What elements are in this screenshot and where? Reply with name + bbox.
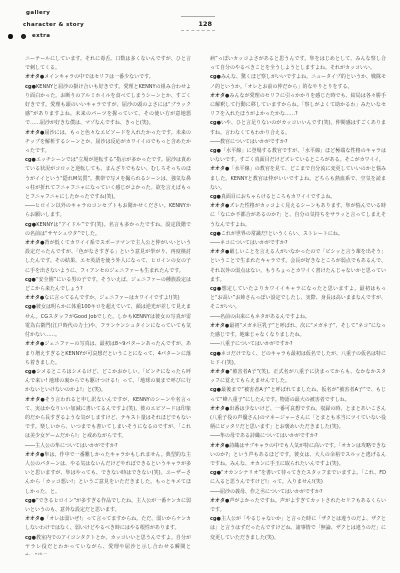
interviewer-question: ――名前の由来にもネタがあるんですよね。 [210,313,386,322]
interviewer-question: ――ネコについてはいかがですか? [210,239,386,248]
interview-paragraph: cg●最後まで“被害者A子”と呼ばれてましたね。仮名が“被害者A子”で、もじって… [210,386,386,404]
interview-paragraph: cg●“できるヒロイン”が多すぎる作品でしたね。主人公が一番ケンカに弱いというの… [25,497,191,515]
speaker-label: オオタ● [25,341,44,347]
interview-paragraph: cg●ネコだけでなく、どのキャラも最初は仮名でしたが、八重子の仮名は特にヒドイ(… [210,350,386,368]
interview-column-left: ニーテールにしています。それに毒舌。口数は多くないんですが、ひと言で刺してくる。… [25,55,191,555]
nav-row-extra: extra [0,32,190,44]
interviewer-question: ――八重子についてはいかがですか? [210,340,386,349]
interview-column-right: 病”っぽいカッコよさがあると思うんです。隼をはじめとして、みんな察し合って自分の… [210,55,386,547]
speaker-label: オオタ● [25,240,45,246]
interview-paragraph: cg●いや、ひと言足りないのがカッコいいんです(笑)。仲間感はすごくありますね。… [210,119,386,137]
interview-paragraph: ニーテールにしています。それに毒舌。口数は多くないんですが、ひと言で刺してくる。 [25,55,191,73]
speaker-label: オオタ● [210,443,229,449]
speaker-label: オオタ● [25,130,45,136]
speaker-label: cg● [210,194,221,200]
speaker-label: cg● [25,304,36,310]
speaker-label: ―― [210,314,220,320]
speaker-label: ―― [210,341,220,347]
speaker-label: オオタ● [25,397,45,403]
interview-paragraph: オオタ●詩織はサブキャラの中でも人気が特に高いです。「オカンは攻略できないのか?… [210,442,386,470]
speaker-label: cg● [210,351,221,357]
nav-label-gallery: gallery [26,10,50,16]
speaker-label: ―― [25,443,35,449]
speaker-label: オオタ● [210,406,229,412]
speaker-label: cg● [25,369,36,375]
interview-paragraph: cg●「水平線」に登場する教官ですが、「水平線」ほど極端な性格のキャラはいないで… [210,147,386,165]
interview-paragraph: オオタ●メインキャラの中ではセリフは一番少ないです。 [25,73,191,82]
scanned-interview-page: gallery character & story extra 128 ニーテー… [0,0,400,573]
interview-paragraph: オオタ●そう言われると申し訳ないんですが、KENNYのシーンや名言って、実はかな… [25,396,191,442]
speaker-label: cg● [25,222,36,228]
page-number: 128 [181,20,215,28]
speaker-label: オオタ● [210,166,229,172]
interview-paragraph: オオタ●なに言ってるんですか、ジェニファーはカワイイですよ!(笑) [25,294,191,303]
interview-paragraph: オオタ●“被害者A子”(笑)。正式名が八重子に決まってからも、なかなかスタッフに… [210,368,386,386]
speaker-label: cg● [210,387,221,393]
section-nav: gallery character & story extra [0,8,190,44]
nav-row-character-story: character & story [0,20,190,32]
interview-paragraph: オオタ●ジェニファーの写真は、最初は8~9パターンあったんですが、あまり増えすぎ… [25,340,191,368]
speaker-label: cg● [25,498,36,504]
interviewer-question: ――屈沙の義母、作之丞についてはいかがですか? [210,488,386,497]
interviewer-question: ――隼の母である詩織についてはいかがですか? [210,432,386,441]
speaker-label: cg● [25,535,36,541]
speaker-label: オオタ● [25,516,44,522]
interview-paragraph: オオタ●「オレは弱いぜ!」って言ってますからね。ただ、弱いからケンカしないわけで… [25,515,191,533]
interview-paragraph: オオタ●屈沙には、もっと色々なエピソードを入れたかったです。未来のチップを解析す… [25,129,191,157]
speaker-label: オオタ● [210,203,230,209]
interview-paragraph: オオタ●「水平線」の教官を見て、どこまで自分流に変更していいのかと悩みました。K… [210,165,386,193]
interviewer-question: ――教官についてはいかがですか? [210,138,386,147]
speaker-label: cg● [25,84,36,90]
interview-paragraph: オオタ●ズレた性格がカッコよく見えるシーンもあります。隼が悩んでいる時に「なにか… [210,202,386,230]
speaker-label: cg● [210,286,222,292]
speaker-label: オオタ● [210,369,230,375]
interviewer-question: ――ヒロイン以外のキャラのコンセプトもお聞かせください。KENNYからお願いしま… [25,202,191,220]
interview-paragraph: cg●“安全圏”にいる男の子です。そういえば、ジェニファーの種族設定はどこから来… [25,276,191,294]
interview-paragraph: 病”っぽいカッコよさがあると思うんです。隼をはじめとして、みんな察し合って自分の… [210,55,386,73]
interview-paragraph: cg●KENNYと屈沙の掛け合いも好きです。愛理とKENNYの組み合わせより面白… [25,83,191,129]
speaker-label: オオタ● [25,295,44,301]
speaker-label: cg● [210,231,221,237]
interview-paragraph: オオタ●背が低くてカワイイ系でスポーツマンで主人公と仲がいいという設定だったんで… [25,239,191,276]
interview-paragraph: オオタ●声がよかったですね。声がよすぎてカットされたセリフもあるくらいです。 [210,497,386,515]
speaker-label: オオタ● [210,323,229,329]
speaker-label: ―― [210,489,220,495]
nav-label-extra: extra [32,33,50,39]
interview-paragraph: cg●教室内でのアイコンタクトとか、カッコいいと思うんですよ。自分がヤラレ役だと… [25,534,191,555]
speaker-label: cg● [210,74,221,80]
page-number-rule-bottom [181,30,215,31]
speaker-label: cg● [25,277,36,283]
speaker-label: cg● [210,148,221,154]
interview-paragraph: cg●彼女は明らかに体重100キロを超えていて、顔は逆光が差して見えません。CG… [25,303,191,340]
speaker-label: ―― [25,203,35,209]
speaker-label: ―― [210,240,220,246]
section-bullet-icon [8,34,13,39]
speaker-label: ―― [210,139,220,145]
interviewer-question: ――主人公の隼についてはいかがですか? [25,442,191,451]
speaker-label: cg● [210,470,221,476]
speaker-label: オオタ● [25,74,44,80]
interview-paragraph: cg●シメるところはシメるけど、どこかおかしい。「ピンチになったら呼んで来い! … [25,368,191,396]
speaker-label: オオタ● [210,93,229,99]
speaker-label: オオタ● [210,249,229,255]
speaker-label: オオタ● [25,452,44,458]
interview-paragraph: cg●これが世界の常識だ!というくらい、ストレートにね。 [210,230,386,239]
interview-paragraph: cg●エッチシーンでは“立場が逆転する”指示が多かったです。屈沙は責めている状況… [25,156,191,202]
interview-paragraph: cg●みんな、驚くほど察しがいいですよね。ニュータイプ的というか、戦隊モノ的とい… [210,73,386,91]
interview-paragraph: オオタ●隼は、作中で一番難しかったキャラかもしれません。典型的な主人公のパターン… [25,451,191,497]
page-number-block: 128 [181,16,215,31]
interview-paragraph: cg●主人公が「やるじゃないか」と言った時に「ザクとは違うのだよ、ザクとは」と言… [210,515,386,543]
speaker-label: オオタ● [210,498,229,504]
nav-row-gallery: gallery [0,8,190,20]
speaker-label: cg● [210,120,221,126]
interview-paragraph: オオタ●出番は少ないけど、一番可哀想ですね。収録の時、とまとあいこさん(八重子役… [210,405,386,433]
section-bullet-icon [21,34,26,39]
interview-paragraph: cg●真面目におちゃらけるところもカワイイですよね。 [210,193,386,202]
speaker-label: cg● [210,516,221,522]
speaker-label: cg● [25,157,36,163]
interview-paragraph: cg●想定していたよりカワイイキャラになったと思いますよ。最初はもっと“お高い”… [210,285,386,313]
interview-paragraph: オオタ●最初“メガネ巨乳子”と呼ばれ、次に“メガネ子”、そして“ネコ”になった感… [210,322,386,340]
interview-paragraph: cg●KENNYは“アイドル”です(笑)。名言も多かったですね。設定段階での名前… [25,221,191,239]
nav-label-character-story: character & story [23,22,84,28]
interview-paragraph: オオタ●みんなが愛理のセリフに引っかかりを感じた時でも、結局は各々勝手に解釈して… [210,92,386,120]
interview-paragraph: cg●“オカンシナリオ”を書いて待ってきたスタッフまでいますよ。「これ、FDに入… [210,469,386,487]
interview-paragraph: オオタ●厳しいことを言える人がいなかったので「ビシッと言う輩を出そう」ということ… [210,248,386,285]
speaker-label: ―― [210,433,220,439]
